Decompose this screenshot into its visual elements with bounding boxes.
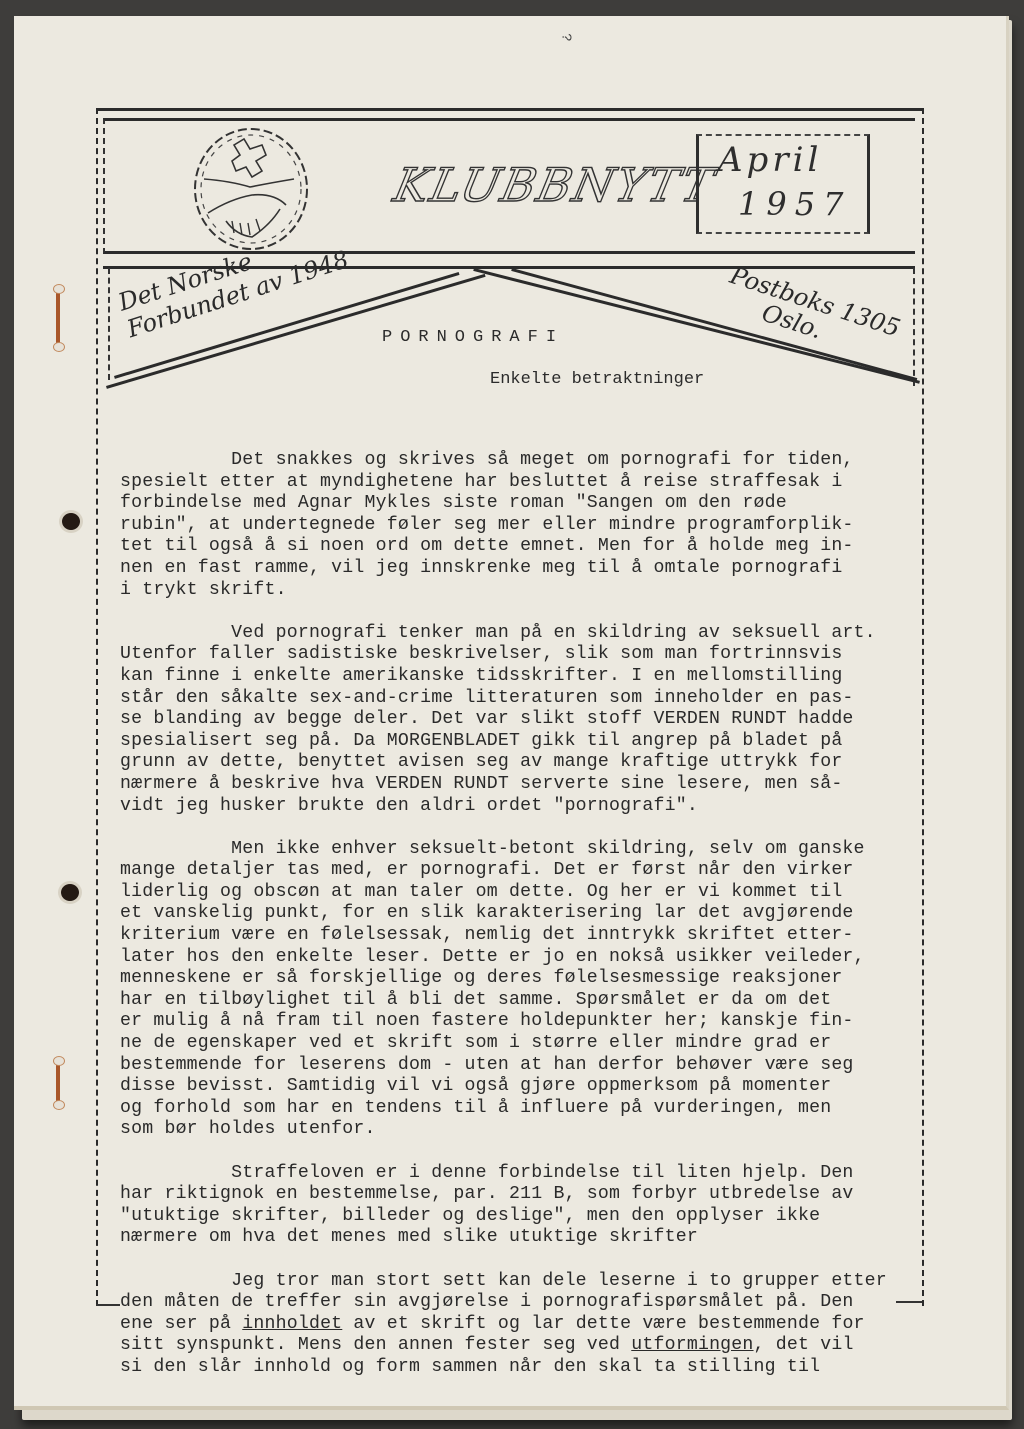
header-band-left-edge	[108, 268, 110, 380]
masthead-title: KLUBBNYTT	[389, 158, 720, 212]
text-line: vidt jeg husker brukte den aldri ordet "…	[120, 796, 920, 818]
text-line: den måten de treffer sin avgjørelse i po…	[120, 1292, 920, 1314]
issue-year: 1957	[738, 185, 851, 223]
header-band-right-edge	[913, 268, 915, 386]
staple-bottom	[56, 1062, 60, 1104]
text-line: som bør holdes utenfor.	[120, 1119, 920, 1141]
text-line: nen en fast ramme, vil jeg innskrenke me…	[120, 558, 920, 580]
text-line: Men ikke enhver seksuelt-betont skildrin…	[120, 839, 920, 861]
text-line: tet til også å si noen ord om dette emne…	[120, 536, 920, 558]
paragraph-2: Ved pornografi tenker man på en skildrin…	[120, 623, 920, 817]
text-line: kan finne i enkelte amerikanske tidsskri…	[120, 666, 920, 688]
text-line: et vanskelig punkt, for en slik karakter…	[120, 903, 920, 925]
text-line: ne de egenskaper ved et skrift som i stø…	[120, 1033, 920, 1055]
text-line: grunn av dette, benyttet avisen seg av m…	[120, 752, 920, 774]
text-line: spesielt etter at myndighetene har beslu…	[120, 472, 920, 494]
text-line: mange detaljer tas med, er pornografi. D…	[120, 860, 920, 882]
text-line: nærmere om hva det menes med slike utukt…	[120, 1227, 920, 1249]
text-line: Straffeloven er i denne forbindelse til …	[120, 1163, 920, 1185]
text-line: liderlig og obscøn at man taler om dette…	[120, 882, 920, 904]
text-line: nærmere å beskrive hva VERDEN RUNDT serv…	[120, 774, 920, 796]
text-line: bestemmende for leserens dom - uten at h…	[120, 1055, 920, 1077]
text-fragment: , det vil	[754, 1335, 854, 1355]
text-line: spesialisert seg på. Da MORGENBLADET gik…	[120, 731, 920, 753]
article-subtitle: Enkelte betraktninger	[490, 370, 704, 389]
article-body: Det snakkes og skrives så meget om porno…	[120, 450, 920, 1400]
paragraph-5: Jeg tror man stort sett kan dele leserne…	[120, 1271, 920, 1379]
binding-hole-bottom	[61, 884, 79, 901]
text-line: i trykt skrift.	[120, 580, 920, 602]
text-line: har en tilbøylighet til å bli det samme.…	[120, 990, 920, 1012]
text-line: se blanding av begge deler. Det var slik…	[120, 709, 920, 731]
issue-month: April	[718, 140, 822, 180]
paragraph-1: Det snakkes og skrives så meget om porno…	[120, 450, 920, 601]
binding-hole-top	[62, 513, 80, 530]
text-line: står den såkalte sex-and-crime litteratu…	[120, 688, 920, 710]
text-line: er mulig å nå fram til noen fastere hold…	[120, 1011, 920, 1033]
text-line: later hos den enkelte leser. Dette er jo…	[120, 947, 920, 969]
text-line: ene ser på innholdet av et skrift og lar…	[120, 1314, 920, 1336]
text-line: har riktignok en bestemmelse, par. 211 B…	[120, 1184, 920, 1206]
text-line: og forhold som har en tendens til å infl…	[120, 1098, 920, 1120]
text-line: kriterium være en følelsessak, nemlig de…	[120, 925, 920, 947]
text-line: Utenfor faller sadistiske beskrivelser, …	[120, 644, 920, 666]
text-fragment: sitt synspunkt. Mens den annen fester se…	[120, 1335, 631, 1355]
text-line: si den slår innhold og form sammen når d…	[120, 1357, 920, 1379]
text-line: Det snakkes og skrives så meget om porno…	[120, 450, 920, 472]
text-line: menneskene er så forskjellige og deres f…	[120, 968, 920, 990]
text-line: Jeg tror man stort sett kan dele leserne…	[120, 1271, 920, 1293]
text-line: disse bevisst. Samtidig vil vi også gjør…	[120, 1076, 920, 1098]
text-line: forbindelse med Agnar Mykles siste roman…	[120, 493, 920, 515]
text-line: "utuktige skrifter, billeder og deslige"…	[120, 1206, 920, 1228]
text-line: sitt synspunkt. Mens den annen fester se…	[120, 1335, 920, 1357]
frame-corner-bottom-left	[96, 1304, 120, 1306]
text-fragment: ene ser på	[120, 1314, 242, 1334]
top-pencil-mark: ?	[558, 33, 574, 42]
underlined-term-utformingen: utformingen	[631, 1335, 753, 1355]
text-line: Ved pornografi tenker man på en skildrin…	[120, 623, 920, 645]
staple-top	[56, 290, 60, 346]
paragraph-3: Men ikke enhver seksuelt-betont skildrin…	[120, 839, 920, 1141]
paragraph-4: Straffeloven er i denne forbindelse til …	[120, 1163, 920, 1249]
text-fragment: av et skrift og lar dette være bestemmen…	[342, 1314, 864, 1334]
text-line: rubin", at undertegnede føler seg mer el…	[120, 515, 920, 537]
frame-top-rule	[96, 108, 922, 111]
article-title: PORNOGRAFI	[382, 328, 564, 347]
underlined-term-innholdet: innholdet	[242, 1314, 342, 1334]
